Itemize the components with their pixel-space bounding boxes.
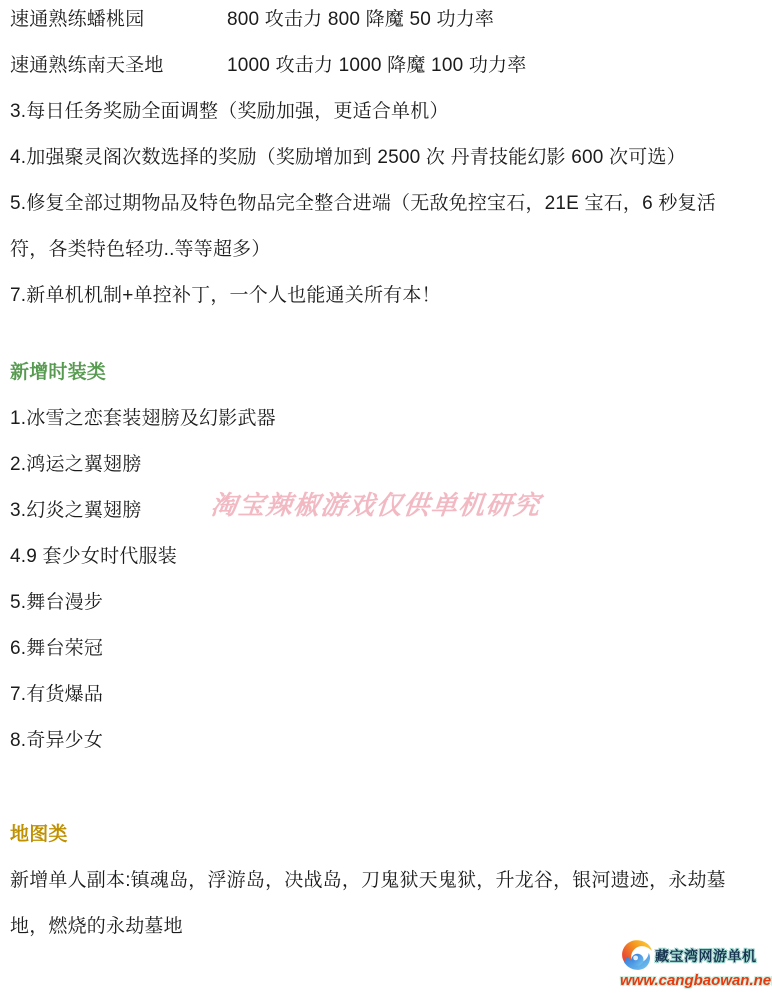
fashion-item-1: 1.冰雪之恋套装翅膀及幻影武器 <box>10 396 752 442</box>
logo-site-name: 藏宝湾网游单机 <box>655 946 757 966</box>
update-note-4: 4.加强聚灵阁次数选择的奖励（奖励增加到 2500 次 丹青技能幻影 600 次… <box>10 135 752 181</box>
speedrun-label: 速通熟练蟠桃园 <box>10 0 227 43</box>
update-note-3: 3.每日任务奖励全面调整（奖励加强，更适合单机） <box>10 89 752 135</box>
document-page: { "speedrun_rows": [ {"label": "速通熟练蟠桃园"… <box>0 0 772 994</box>
site-logo: 藏宝湾网游单机 www.cangbaowan.net <box>618 937 770 989</box>
patch-notes-document: 速通熟练蟠桃园800 攻击力 800 降魔 50 功力率 速通熟练南天圣地100… <box>10 0 752 950</box>
speedrun-stats: 1000 攻击力 1000 降魔 100 功力率 <box>227 55 526 76</box>
update-note-5: 5.修复全部过期物品及特色物品完全整合进端（无敌免控宝石，21E 宝石，6 秒复… <box>10 181 752 273</box>
speedrun-row-pantaoyuan: 速通熟练蟠桃园800 攻击力 800 降魔 50 功力率 <box>10 0 752 43</box>
fashion-item-7: 7.有货爆品 <box>10 672 752 718</box>
section-heading-fashion: 新增时装类 <box>10 350 752 396</box>
logo-top-row: 藏宝湾网游单机 <box>618 937 757 975</box>
cangbaowan-flame-icon <box>618 937 654 975</box>
fashion-item-6: 6.舞台荣冠 <box>10 626 752 672</box>
speedrun-stats: 800 攻击力 800 降魔 50 功力率 <box>227 9 494 30</box>
speedrun-row-nantianshengdi: 速通熟练南天圣地1000 攻击力 1000 降魔 100 功力率 <box>10 43 752 89</box>
section-heading-map: 地图类 <box>10 812 752 858</box>
fashion-item-8: 8.奇异少女 <box>10 718 752 764</box>
fashion-item-5: 5.舞台漫步 <box>10 580 752 626</box>
logo-site-url: www.cangbaowan.net <box>620 972 772 989</box>
fashion-item-3: 3.幻炎之翼翅膀 <box>10 488 752 534</box>
fashion-item-2: 2.鸿运之翼翅膀 <box>10 442 752 488</box>
update-note-7: 7.新单机机制+单控补丁，一个人也能通关所有本！ <box>10 273 752 319</box>
fashion-item-4: 4.9 套少女时代服装 <box>10 534 752 580</box>
speedrun-label: 速通熟练南天圣地 <box>10 43 227 89</box>
